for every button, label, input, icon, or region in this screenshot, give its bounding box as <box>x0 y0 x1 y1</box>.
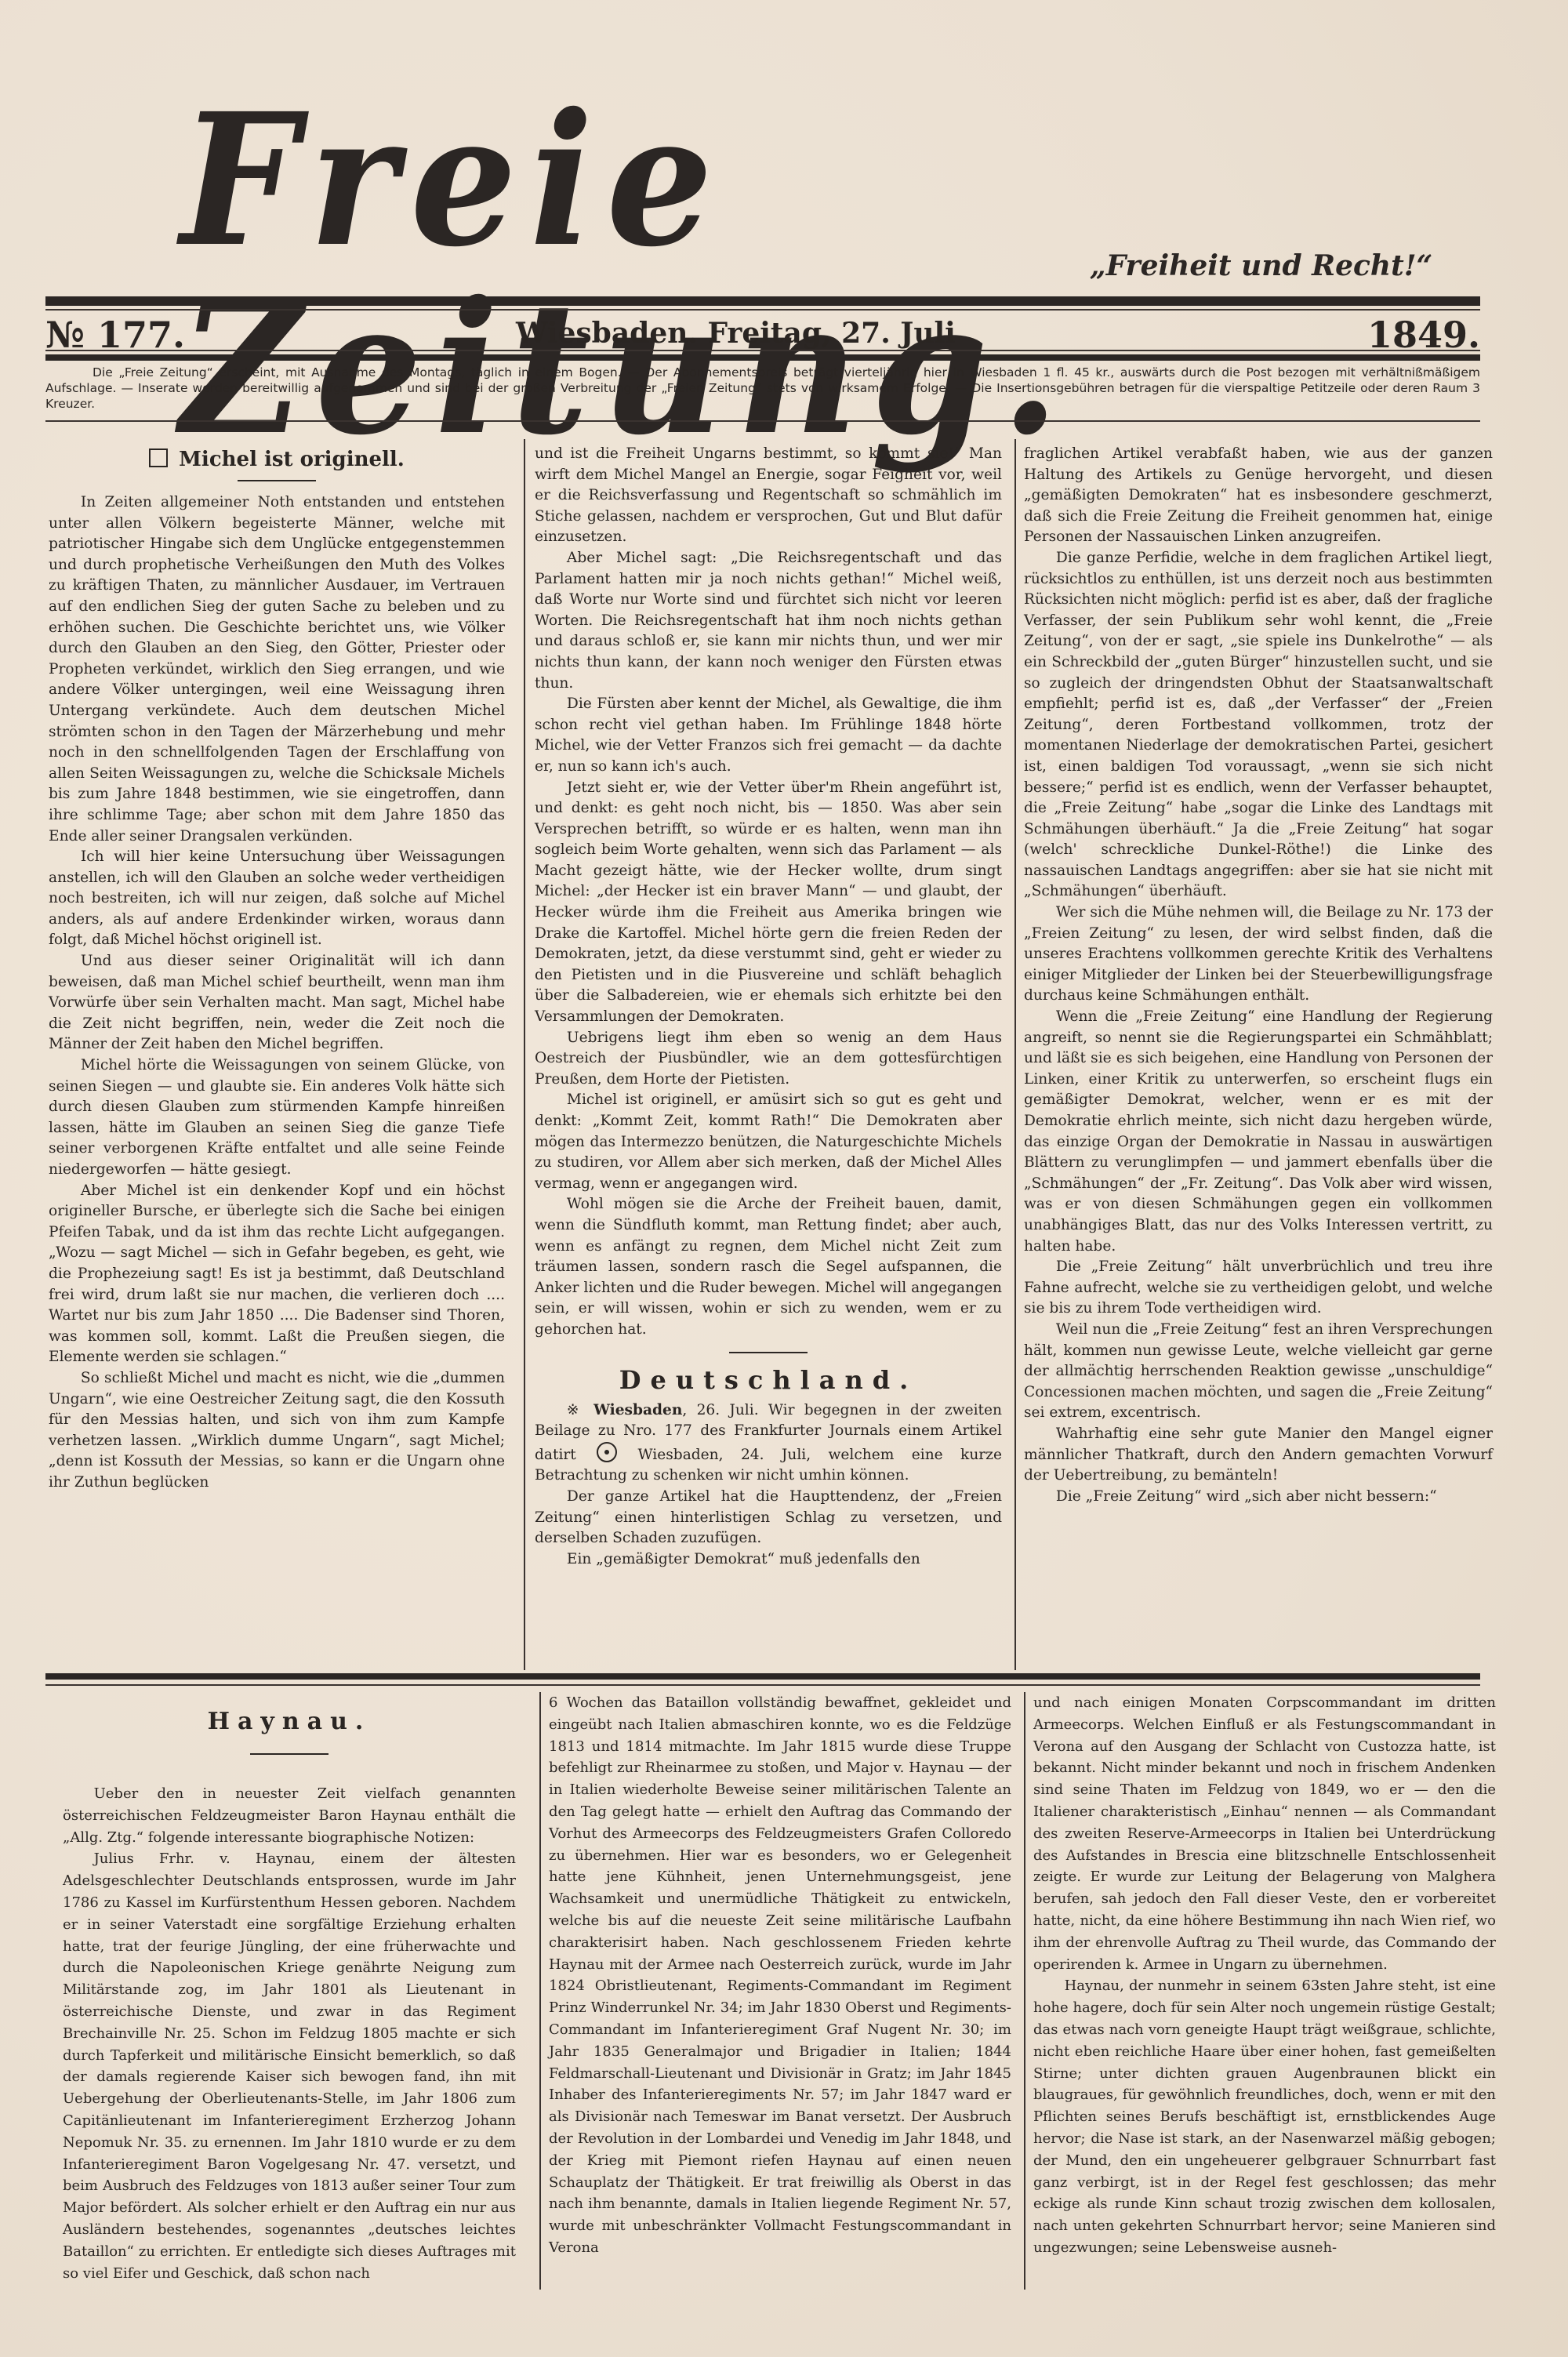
dateline-place: Wiesbaden <box>593 1402 682 1418</box>
paragraph: So schließt Michel und macht es nicht, w… <box>49 1368 505 1494</box>
paragraph: Die „Freie Zeitung“ hält unverbrüchlich … <box>1024 1257 1493 1320</box>
paragraph: Haynau, der nunmehr in seinem 63sten Jah… <box>1033 1975 1496 2258</box>
newspaper-page: Freie Zeitung. „Freiheit und Recht!“ № 1… <box>0 0 1568 2357</box>
paragraph: Der ganze Artikel hat die Haupttendenz, … <box>535 1487 1002 1549</box>
paragraph: Wahrhaftig eine sehr gute Manier den Man… <box>1024 1424 1493 1487</box>
notice-rule <box>45 420 1480 422</box>
column-divider <box>1014 439 1016 1670</box>
paragraph: Ich will hier keine Untersuchung über We… <box>49 847 505 951</box>
paragraph: Die ganze Perfidie, welche in dem fragli… <box>1024 548 1493 902</box>
issue-rule-thick <box>45 354 1480 361</box>
paragraph: Michel hörte die Weissagungen von seinem… <box>49 1055 505 1181</box>
paragraph: Ueber den in neuester Zeit vielfach gena… <box>63 1783 516 1848</box>
paragraph: In Zeiten allgemeiner Noth entstanden un… <box>49 492 505 847</box>
column-3: fraglichen Artikel verabfaßt haben, wie … <box>1024 444 1493 1507</box>
issue-place-date: Wiesbaden. Freitag, 27. Juli <box>516 317 956 350</box>
paragraph: Wohl mögen sie die Arche der Freiheit ba… <box>535 1194 1002 1340</box>
section-rule <box>729 1352 808 1353</box>
paragraph: Michel ist originell, er amüsirt sich so… <box>535 1090 1002 1194</box>
haynau-column-3: und nach einigen Monaten Corpscommandant… <box>1033 1692 1496 2259</box>
headline-deutschland: Deutschland. <box>535 1364 1002 1396</box>
issue-rule-thin <box>45 350 1480 351</box>
paragraph: Und aus dieser seiner Originalität will … <box>49 951 505 1055</box>
feuilleton-rule-thin <box>45 1684 1480 1686</box>
paragraph: 6 Wochen das Bataillon vollständig bewaf… <box>549 1692 1011 2259</box>
paragraph: Die Fürsten aber kennt der Michel, als G… <box>535 694 1002 777</box>
haynau-column-2: 6 Wochen das Bataillon vollständig bewaf… <box>549 1692 1011 2259</box>
paragraph: Jetzt sieht er, wie der Vetter über'm Rh… <box>535 778 1002 1028</box>
paragraph: Wer sich die Mühe nehmen will, die Beila… <box>1024 902 1493 1007</box>
column-divider <box>524 439 525 1670</box>
column-1: Michel ist originell. In Zeiten allgemei… <box>49 444 505 1494</box>
paragraph: Julius Frhr. v. Haynau, einem der ältest… <box>63 1848 516 2284</box>
masthead-rule-top <box>45 296 1480 306</box>
masthead-rule-top-thin <box>45 309 1480 311</box>
subscription-notice: Die „Freie Zeitung“ erscheint, mit Ausna… <box>45 365 1480 412</box>
issue-line: № 177. Wiesbaden. Freitag, 27. Juli 1849… <box>45 314 1480 361</box>
feuilleton-rule-thick <box>45 1673 1480 1680</box>
masthead-motto: „Freiheit und Recht!“ <box>1090 249 1432 282</box>
headline-michel: Michel ist originell. <box>49 444 505 475</box>
haynau-column-1: Haynau. Ueber den in neuester Zeit vielf… <box>63 1698 516 2284</box>
paragraph: Die „Freie Zeitung“ wird „sich aber nich… <box>1024 1487 1493 1508</box>
paragraph: fraglichen Artikel verabfaßt haben, wie … <box>1024 444 1493 548</box>
paragraph: Aber Michel ist ein denkender Kopf und e… <box>49 1181 505 1368</box>
column-divider <box>1024 1692 1025 2290</box>
circled-dot-icon <box>597 1442 617 1462</box>
dateline-paragraph: ※ Wiesbaden, 26. Juli. Wir begegnen in d… <box>535 1400 1002 1487</box>
square-marker-icon <box>149 449 168 467</box>
paragraph: Wenn die „Freie Zeitung“ eine Handlung d… <box>1024 1007 1493 1257</box>
headline-haynau: Haynau. <box>63 1706 516 1738</box>
paragraph: Aber Michel sagt: „Die Reichsregentschaf… <box>535 548 1002 694</box>
column-2: und ist die Freiheit Ungarns bestimmt, s… <box>535 444 1002 1570</box>
headline-rule <box>238 480 316 481</box>
paragraph: und nach einigen Monaten Corpscommandant… <box>1033 1692 1496 1975</box>
paragraph: und ist die Freiheit Ungarns bestimmt, s… <box>535 444 1002 548</box>
headline-rule <box>250 1753 328 1755</box>
column-divider <box>539 1692 541 2290</box>
dateline-date: , 26. Juli. <box>682 1402 758 1418</box>
paragraph: Weil nun die „Freie Zeitung“ fest an ihr… <box>1024 1320 1493 1424</box>
masthead-title: Freie Zeitung. <box>180 86 1248 274</box>
paragraph: Uebrigens liegt ihm eben so wenig an dem… <box>535 1028 1002 1091</box>
dateline-marker: ※ <box>567 1402 584 1418</box>
paragraph: Ein „gemäßigter Demokrat“ muß jedenfalls… <box>535 1549 1002 1571</box>
